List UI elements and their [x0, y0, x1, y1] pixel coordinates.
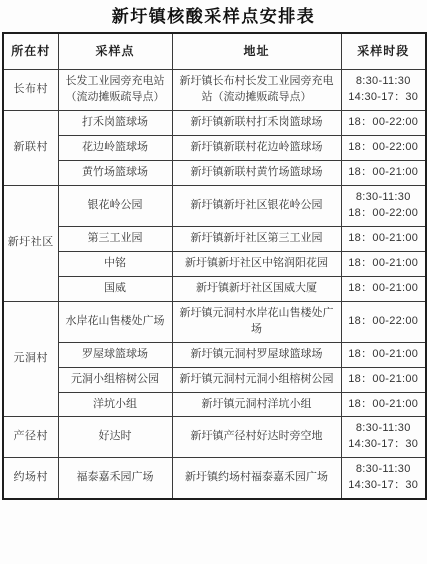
- sampling-table: 所在村采样点地址采样时段 长布村长发工业园旁充电站（流动摊贩疏导点）新圩镇长布村…: [2, 32, 427, 500]
- time-cell: 18：00-22:00: [341, 136, 426, 161]
- time-cell: 18：00-21:00: [341, 392, 426, 417]
- table-row: 第三工业园新圩镇新圩社区第三工业园18：00-21:00: [3, 226, 426, 251]
- village-cell: 新联村: [3, 111, 58, 186]
- address-cell: 新圩镇长布村长发工业园旁充电站（流动摊贩疏导点）: [172, 70, 341, 111]
- table-body: 长布村长发工业园旁充电站（流动摊贩疏导点）新圩镇长布村长发工业园旁充电站（流动摊…: [3, 70, 426, 499]
- point-cell: 罗屋球篮球场: [58, 342, 172, 367]
- address-cell: 新圩镇新联村黄竹场篮球场: [172, 161, 341, 186]
- page-title: 新圩镇核酸采样点安排表: [2, 7, 425, 27]
- time-cell: 8:30-11:3014:30-17：30: [341, 70, 426, 111]
- table-row: 新联村打禾岗篮球场新圩镇新联村打禾岗篮球场18：00-22:00: [3, 111, 426, 136]
- table-row: 新圩社区银花岭公园新圩镇新圩社区银花岭公园8:30-11:3018：00-22:…: [3, 186, 426, 227]
- column-header-village: 所在村: [3, 33, 58, 70]
- column-header-address: 地址: [172, 33, 341, 70]
- column-header-time: 采样时段: [341, 33, 426, 70]
- village-cell: 产径村: [3, 417, 58, 458]
- time-cell: 8:30-11:3018：00-22:00: [341, 186, 426, 227]
- address-cell: 新圩镇元洞村罗屋球篮球场: [172, 342, 341, 367]
- address-cell: 新圩镇元洞村水岸花山售楼处广场: [172, 301, 341, 342]
- address-cell: 新圩镇新圩社区中铭润阳花园: [172, 251, 341, 276]
- table-row: 元洞村水岸花山售楼处广场新圩镇元洞村水岸花山售楼处广场18：00-22:00: [3, 301, 426, 342]
- address-cell: 新圩镇约场村福泰嘉禾园广场: [172, 458, 341, 499]
- point-cell: 银花岭公园: [58, 186, 172, 227]
- time-cell: 18：00-22:00: [341, 301, 426, 342]
- point-cell: 元洞小组榕树公园: [58, 367, 172, 392]
- time-cell: 8:30-11:3014:30-17：30: [341, 458, 426, 499]
- table-row: 洋坑小组新圩镇元洞村洋坑小组18：00-21:00: [3, 392, 426, 417]
- point-cell: 好达时: [58, 417, 172, 458]
- address-cell: 新圩镇元洞村洋坑小组: [172, 392, 341, 417]
- table-header-row: 所在村采样点地址采样时段: [3, 33, 426, 70]
- table-row: 国威新圩镇新圩社区国威大厦18：00-21:00: [3, 276, 426, 301]
- table-row: 黄竹场篮球场新圩镇新联村黄竹场篮球场18：00-21:00: [3, 161, 426, 186]
- point-cell: 打禾岗篮球场: [58, 111, 172, 136]
- table-row: 花边岭篮球场新圩镇新联村花边岭篮球场18：00-22:00: [3, 136, 426, 161]
- time-cell: 18：00-21:00: [341, 276, 426, 301]
- address-cell: 新圩镇新圩社区第三工业园: [172, 226, 341, 251]
- address-cell: 新圩镇元洞村元洞小组榕树公园: [172, 367, 341, 392]
- time-cell: 18：00-21:00: [341, 367, 426, 392]
- point-cell: 洋坑小组: [58, 392, 172, 417]
- village-cell: 新圩社区: [3, 186, 58, 302]
- address-cell: 新圩镇产径村好达时旁空地: [172, 417, 341, 458]
- address-cell: 新圩镇新联村打禾岗篮球场: [172, 111, 341, 136]
- table-row: 约场村福泰嘉禾园广场新圩镇约场村福泰嘉禾园广场8:30-11:3014:30-1…: [3, 458, 426, 499]
- time-cell: 18：00-21:00: [341, 226, 426, 251]
- time-cell: 8:30-11:3014:30-17：30: [341, 417, 426, 458]
- table-row: 元洞小组榕树公园新圩镇元洞村元洞小组榕树公园18：00-21:00: [3, 367, 426, 392]
- point-cell: 中铭: [58, 251, 172, 276]
- address-cell: 新圩镇新联村花边岭篮球场: [172, 136, 341, 161]
- address-cell: 新圩镇新圩社区银花岭公园: [172, 186, 341, 227]
- time-cell: 18：00-21:00: [341, 251, 426, 276]
- point-cell: 花边岭篮球场: [58, 136, 172, 161]
- point-cell: 黄竹场篮球场: [58, 161, 172, 186]
- point-cell: 第三工业园: [58, 226, 172, 251]
- point-cell: 国威: [58, 276, 172, 301]
- time-cell: 18：00-22:00: [341, 111, 426, 136]
- table-row: 中铭新圩镇新圩社区中铭润阳花园18：00-21:00: [3, 251, 426, 276]
- address-cell: 新圩镇新圩社区国威大厦: [172, 276, 341, 301]
- table-row: 长布村长发工业园旁充电站（流动摊贩疏导点）新圩镇长布村长发工业园旁充电站（流动摊…: [3, 70, 426, 111]
- page: 新圩镇核酸采样点安排表 所在村采样点地址采样时段 长布村长发工业园旁充电站（流动…: [0, 0, 427, 564]
- table-row: 罗屋球篮球场新圩镇元洞村罗屋球篮球场18：00-21:00: [3, 342, 426, 367]
- village-cell: 长布村: [3, 70, 58, 111]
- time-cell: 18：00-21:00: [341, 342, 426, 367]
- point-cell: 长发工业园旁充电站（流动摊贩疏导点）: [58, 70, 172, 111]
- time-cell: 18：00-21:00: [341, 161, 426, 186]
- table-row: 产径村好达时新圩镇产径村好达时旁空地8:30-11:3014:30-17：30: [3, 417, 426, 458]
- column-header-point: 采样点: [58, 33, 172, 70]
- village-cell: 元洞村: [3, 301, 58, 417]
- point-cell: 水岸花山售楼处广场: [58, 301, 172, 342]
- village-cell: 约场村: [3, 458, 58, 499]
- point-cell: 福泰嘉禾园广场: [58, 458, 172, 499]
